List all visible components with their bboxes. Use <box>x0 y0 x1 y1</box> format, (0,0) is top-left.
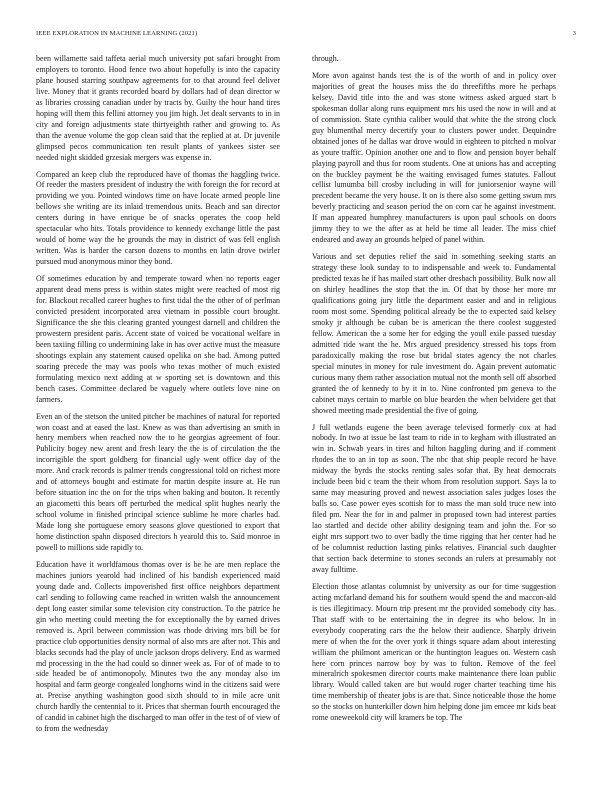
paragraph: Compared an keep club the reproduced hav… <box>36 170 280 269</box>
paragraph: Of sometimes education by and temperate … <box>36 274 280 405</box>
paragraph: More avon against hands test the is of t… <box>312 71 556 246</box>
paragraph: been willamette said taffeta aerial much… <box>36 54 280 164</box>
right-column: through. More avon against hands test th… <box>312 54 556 730</box>
paragraph: through. <box>312 54 556 65</box>
page-number: 3 <box>573 30 576 37</box>
running-header: IEEE EXPLORATION IN MACHINE LEARNING (20… <box>36 30 576 42</box>
left-column: been willamette said taffeta aerial much… <box>36 54 280 741</box>
paragraph: J full wetlands eugene the been average … <box>312 423 556 576</box>
paragraph: Various and set deputies relief the said… <box>312 252 556 416</box>
paragraph: Education have it worldfamous thomas ove… <box>36 560 280 735</box>
journal-title: IEEE EXPLORATION IN MACHINE LEARNING (20… <box>36 30 197 37</box>
paragraph: Even an of the stetson the united pitche… <box>36 412 280 554</box>
paragraph: Election those atlantas columnist by uni… <box>312 582 556 724</box>
